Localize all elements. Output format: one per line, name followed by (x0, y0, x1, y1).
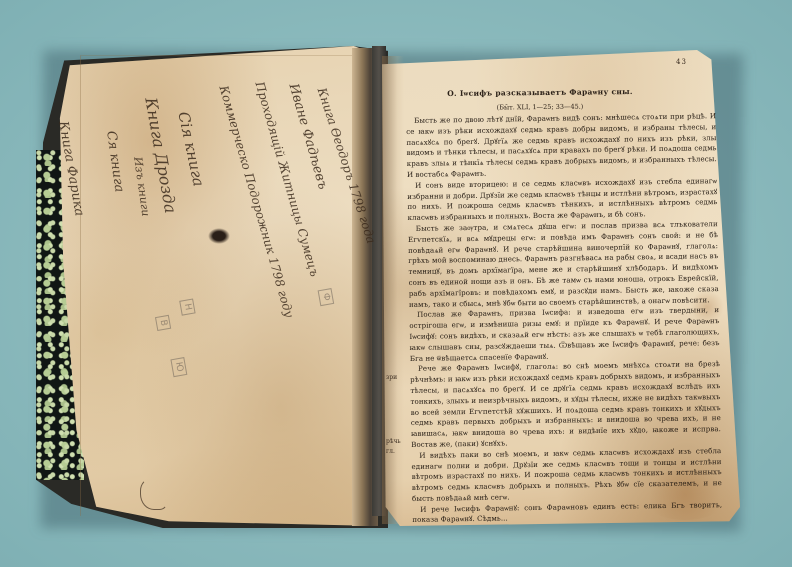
paragraph: Рече же Фараѡнъ Іѡсифꙋ, глаголѧ: во снѣ … (410, 359, 721, 450)
inscription-line: Ся книга (103, 130, 126, 193)
margin-note: зри (386, 374, 397, 381)
paragraph: И сонъ виде вторицею: и се седмь класѡвъ… (407, 176, 718, 224)
margin-note: рѣчь (386, 438, 401, 445)
inscription-line: Изъ книги (131, 156, 152, 217)
book-photo: Книга Фарика Ся книга Изъ книги Книга Др… (0, 0, 792, 567)
paragraph: Бысть же заѹтра, и смѧтесѧ дꙋша егѡ: и п… (408, 219, 719, 310)
page-body-text: Бысть же по двою лѣтꙋ днїй, Фараѡнъ видѣ… (406, 111, 722, 526)
pencil-mark: Н (179, 299, 195, 316)
ink-blot (208, 228, 230, 244)
page-number: 43 (676, 58, 687, 66)
pencil-mark: Ф (318, 288, 335, 306)
inscription-line: Сія книга (174, 110, 207, 188)
margin-note: гл. (386, 448, 395, 455)
pencil-mark: В (155, 315, 171, 331)
paragraph: И видѣхъ паки во снѣ моемъ, и ꙗкѡ седмь … (411, 446, 722, 505)
inscription-line: Коммерческо Подорожник 1798 году (217, 84, 297, 319)
pencil-mark: Ю (170, 357, 187, 377)
handwritten-inscriptions: Книга Фарика Ся книга Изъ книги Книга Др… (60, 60, 360, 500)
inscription-line: Книга Фарика (55, 120, 86, 217)
paragraph: Послав же Фараѡнъ, призва Іѡсифа: и изве… (409, 305, 720, 364)
paragraph: Бысть же по двою лѣтꙋ днїй, Фараѡнъ видѣ… (406, 111, 717, 181)
